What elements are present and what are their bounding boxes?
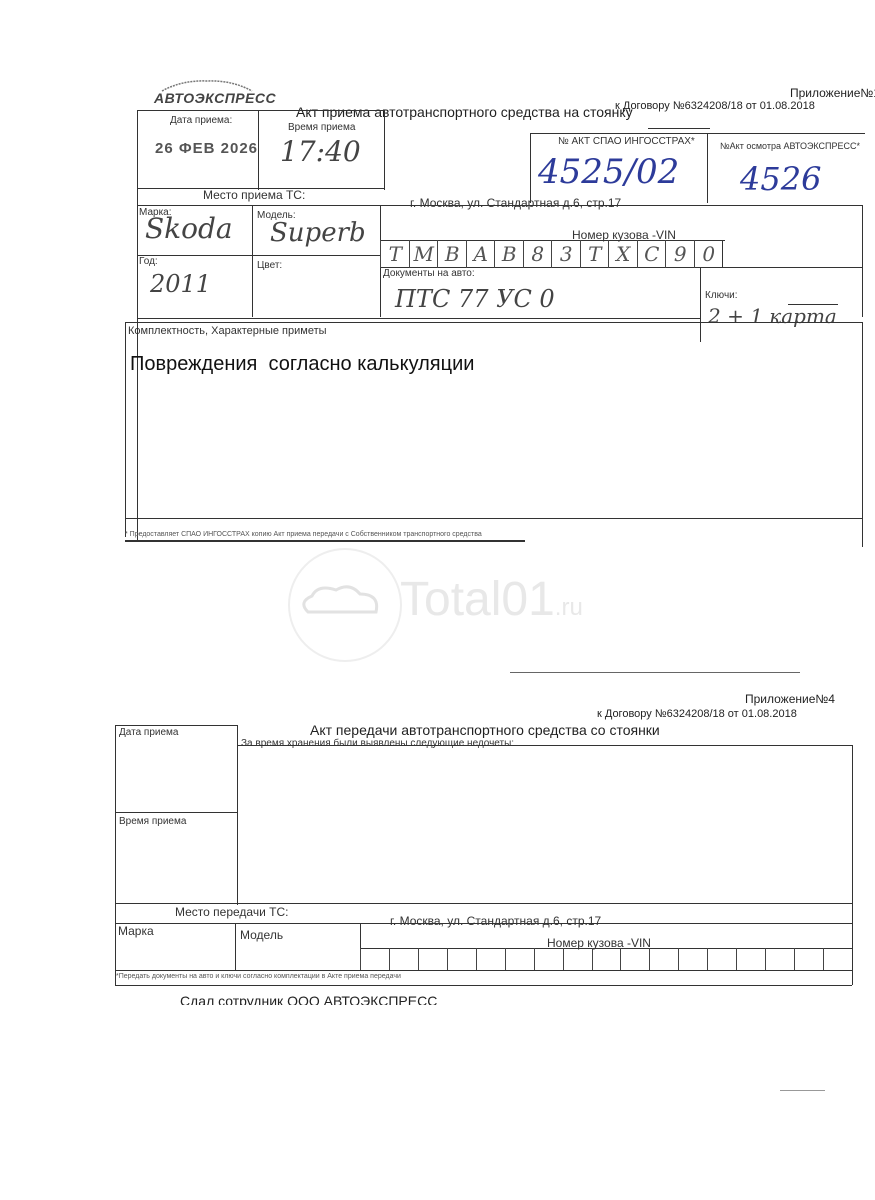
contract-ref-1: к Договору №6324208/18 от 01.08.2018 bbox=[615, 100, 815, 112]
inspection-act-value: 4526 bbox=[740, 160, 821, 198]
vin-cell bbox=[678, 948, 708, 970]
vin-cell bbox=[447, 948, 477, 970]
model-value: Superb bbox=[270, 218, 366, 248]
vin-cell bbox=[476, 948, 506, 970]
place-label-4: Место передачи ТС: bbox=[175, 905, 288, 919]
docs-label: Документы на авто: bbox=[383, 268, 475, 279]
place-label: Место приема ТС: bbox=[203, 188, 305, 202]
time-label: Время приема bbox=[288, 122, 355, 133]
model-label-4: Модель bbox=[240, 928, 283, 942]
vin-cell: M bbox=[409, 240, 439, 268]
equipment-value: Повреждения согласно калькуляции bbox=[130, 353, 474, 376]
handover-label: Сдал сотрудник ООО АВТОЭКСПРЕСС bbox=[180, 993, 437, 1005]
appendix-4: Приложение№4 bbox=[745, 692, 835, 706]
vin-cell bbox=[794, 948, 824, 970]
vin-cell: X bbox=[608, 240, 638, 268]
appendix-1: Приложение№1 bbox=[790, 86, 875, 100]
vin-cell bbox=[418, 948, 448, 970]
contract-ref-4: к Договору №6324208/18 от 01.08.2018 bbox=[597, 708, 797, 720]
cloud-car-icon bbox=[298, 582, 388, 622]
year-label: Год: bbox=[139, 256, 158, 267]
vin-cell bbox=[592, 948, 622, 970]
brand-value: Skoda bbox=[145, 212, 233, 245]
footnote-4: *Передать документы на авто и ключи согл… bbox=[116, 973, 401, 980]
date-label-4: Дата приема bbox=[119, 727, 178, 738]
date-label: Дата приема: bbox=[170, 115, 232, 126]
vin-cell: B bbox=[494, 240, 524, 268]
act-4-title: Акт передачи автотранспортного средства … bbox=[310, 722, 660, 738]
vin-cell bbox=[765, 948, 795, 970]
watermark-text: Total01.ru bbox=[400, 572, 583, 627]
keys-blank bbox=[788, 290, 838, 305]
brand-label-4: Марка bbox=[118, 924, 154, 938]
act-1-title: Акт приема автотранспортного средства на… bbox=[296, 104, 633, 120]
autoexpress-logo: АВТОЭКСПРЕСС bbox=[152, 78, 262, 108]
ingos-act-value: 4525/02 bbox=[538, 152, 679, 192]
place-value-4: г. Москва, ул. Стандартная д.6, стр.17 bbox=[390, 914, 601, 928]
vin-cell: T bbox=[380, 240, 410, 268]
ingos-act-label: № АКТ СПАО ИНГОССТРАХ* bbox=[558, 136, 695, 147]
keys-label: Ключи: bbox=[705, 290, 738, 301]
year-value: 2011 bbox=[150, 270, 211, 298]
docs-value: ПТС 77 УС 0 bbox=[395, 285, 555, 313]
time-value: 17:40 bbox=[280, 135, 361, 168]
footnote-1: * Предоставляет СПАО ИНГОССТРАХ копию Ак… bbox=[125, 531, 482, 538]
color-label: Цвет: bbox=[257, 260, 282, 271]
vin-cell: A bbox=[466, 240, 496, 268]
vin-cell bbox=[389, 948, 419, 970]
vin-cell: B bbox=[437, 240, 467, 268]
vin-cell bbox=[649, 948, 679, 970]
vin-cell bbox=[505, 948, 535, 970]
vin-cell bbox=[620, 948, 650, 970]
vin-cell bbox=[707, 948, 737, 970]
vin-cell bbox=[360, 948, 390, 970]
defects-label: За время хранения были выявлены следующи… bbox=[241, 738, 514, 749]
vin-cell bbox=[563, 948, 593, 970]
vin-cell: T bbox=[580, 240, 610, 268]
vin-cell: 8 bbox=[523, 240, 553, 268]
vin-cell bbox=[823, 948, 853, 970]
vin-cell: 3 bbox=[551, 240, 581, 268]
keys-value: 2 + 1 карта bbox=[708, 304, 837, 328]
vin-cell bbox=[534, 948, 564, 970]
equipment-label: Комплектность, Характерные приметы bbox=[128, 325, 327, 337]
vin-cell: 0 bbox=[694, 240, 724, 268]
vin-cell: C bbox=[637, 240, 667, 268]
inspection-act-label: №Акт осмотра АВТОЭКСПРЕСС* bbox=[720, 141, 860, 151]
time-label-4: Время приема bbox=[119, 816, 186, 827]
vin-cell: 9 bbox=[665, 240, 695, 268]
date-stamp: 26 ФЕВ 2026 bbox=[155, 140, 258, 157]
vin-cell bbox=[736, 948, 766, 970]
place-value: г. Москва, ул. Стандартная д.6, стр.17 bbox=[410, 196, 621, 210]
